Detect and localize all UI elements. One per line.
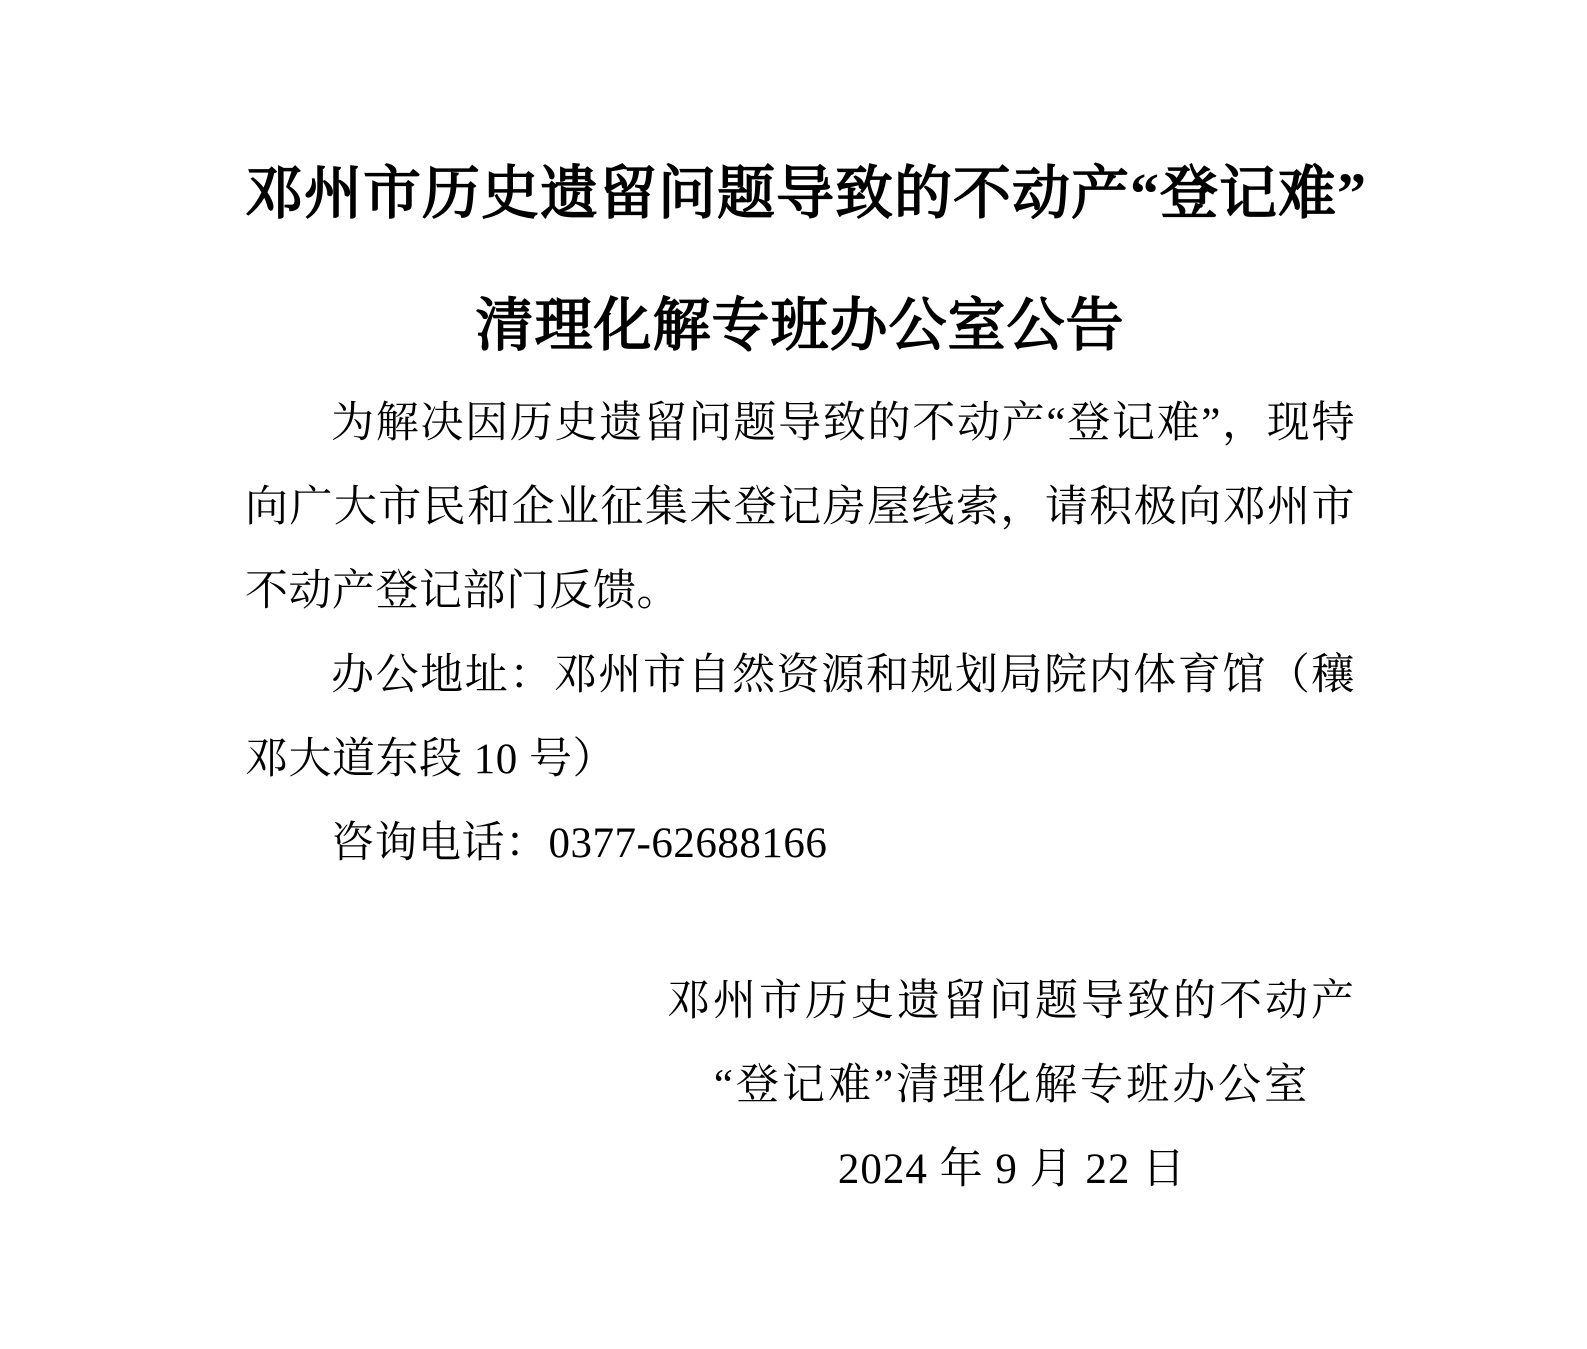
title-line-2: 清理化解专班办公室公告: [245, 260, 1355, 392]
signature-line-1: 邓州市历史遗留问题导致的不动产: [667, 960, 1357, 1044]
signature-line-2: “登记难”清理化解专班办公室: [667, 1044, 1357, 1128]
office-address-paragraph: 办公地址：邓州市自然资源和规划局院内体育馆（穰邓大道东段 10 号）: [245, 634, 1355, 802]
announcement-document: 邓州市历史遗留问题导致的不动产“登记难” 清理化解专班办公室公告 为解决因历史遗…: [245, 128, 1355, 1212]
document-title: 邓州市历史遗留问题导致的不动产“登记难” 清理化解专班办公室公告: [245, 128, 1355, 392]
contact-phone-paragraph: 咨询电话：0377-62688166: [245, 802, 1355, 886]
title-line-1: 邓州市历史遗留问题导致的不动产“登记难”: [245, 128, 1355, 260]
signature-date: 2024 年 9 月 22 日: [667, 1128, 1357, 1212]
document-body: 为解决因历史遗留问题导致的不动产“登记难”，现特向广大市民和企业征集未登记房屋线…: [245, 382, 1355, 886]
document-page: 邓州市历史遗留问题导致的不动产“登记难” 清理化解专班办公室公告 为解决因历史遗…: [0, 0, 1587, 1349]
signature-block: 邓州市历史遗留问题导致的不动产 “登记难”清理化解专班办公室 2024 年 9 …: [667, 960, 1357, 1212]
intro-paragraph: 为解决因历史遗留问题导致的不动产“登记难”，现特向广大市民和企业征集未登记房屋线…: [245, 382, 1355, 634]
